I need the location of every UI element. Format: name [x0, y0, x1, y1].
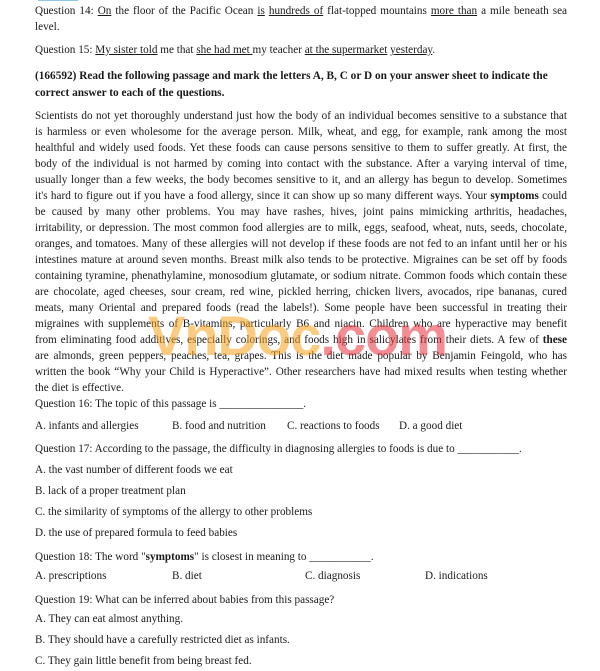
passage-keyword-these: these	[543, 334, 567, 346]
q19-option-a[interactable]: A. They can eat almost anything.	[35, 613, 183, 625]
underlined-phrase: hundreds of	[269, 5, 323, 17]
question-text: the floor of the Pacific Ocean	[111, 5, 257, 17]
passage-keyword-symptoms: symptoms	[490, 190, 538, 202]
passage-instruction: (166592) Read the following passage and …	[35, 68, 567, 102]
q17-option-a[interactable]: A. the vast number of different foods we…	[35, 464, 233, 476]
q18-keyword: symptoms	[146, 551, 194, 563]
q16-option-a[interactable]: A. infants and allergies	[35, 420, 139, 432]
question-17-stem: Question 17: According to the passage, t…	[35, 441, 522, 457]
question-15: Question 15: My sister told me that she …	[35, 42, 435, 58]
question-18-stem: Question 18: The word "symptoms" is clos…	[35, 549, 374, 565]
q19-option-b[interactable]: B. They should have a carefully restrict…	[35, 634, 290, 646]
question-19-stem: Question 19: What can be inferred about …	[35, 592, 334, 608]
question-14: Question 14: On the floor of the Pacific…	[35, 3, 567, 35]
passage-text-3: are almonds, green peppers, peaches, tea…	[35, 350, 567, 394]
q16-option-b[interactable]: B. food and nutrition	[172, 420, 266, 432]
q16-option-d[interactable]: D. a good diet	[399, 420, 462, 432]
q18-stem-end: " is closest in meaning to ___________.	[194, 551, 374, 563]
underlined-phrase: at the supermarket	[305, 44, 388, 56]
header-accent-line	[38, 0, 78, 1]
question-text: Question 15:	[35, 44, 95, 56]
underlined-phrase: My sister told	[95, 44, 157, 56]
q18-option-d[interactable]: D. indications	[425, 570, 488, 582]
q18-option-b[interactable]: B. diet	[172, 570, 202, 582]
q16-option-c[interactable]: C. reactions to foods	[287, 420, 380, 432]
passage-text-1: Scientists do not yet thoroughly underst…	[35, 110, 567, 202]
reading-passage: Scientists do not yet thoroughly underst…	[35, 108, 567, 396]
q17-option-c[interactable]: C. the similarity of symptoms of the all…	[35, 506, 312, 518]
q17-option-b[interactable]: B. lack of a proper treatment plan	[35, 485, 186, 497]
q19-option-c[interactable]: C. They gain little benefit from being b…	[35, 655, 252, 667]
question-text: my teacher	[253, 44, 305, 56]
underlined-phrase: is	[257, 5, 264, 17]
underlined-phrase: On	[98, 5, 112, 17]
q18-option-c[interactable]: C. diagnosis	[305, 570, 360, 582]
q18-option-a[interactable]: A. prescriptions	[35, 570, 106, 582]
q18-stem-start: Question 18: The word "	[35, 551, 146, 563]
question-text: me that	[157, 44, 196, 56]
question-text: Question 14:	[35, 5, 98, 17]
underlined-phrase: yesterday	[390, 44, 432, 56]
question-16-stem: Question 16: The topic of this passage i…	[35, 396, 306, 412]
question-text: flat-topped mountains	[323, 5, 431, 17]
q17-option-d[interactable]: D. the use of prepared formula to feed b…	[35, 527, 237, 539]
question-text: .	[432, 44, 435, 56]
underlined-phrase: she had met	[196, 44, 252, 56]
passage-text-2: could be caused by many other problems. …	[35, 190, 567, 346]
underlined-phrase: more than	[431, 5, 477, 17]
